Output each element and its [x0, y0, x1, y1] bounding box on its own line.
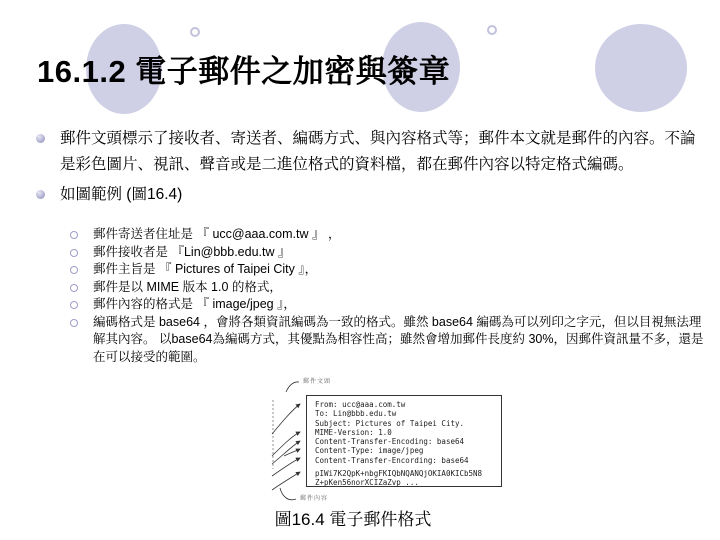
bullet-ring-icon — [70, 266, 78, 274]
sub-bullet-item: 郵件寄送者住址是 『 ucc@aaa.com.tw 』 ， — [70, 226, 706, 244]
email-base64-line: Z+pKen56norXCIZaZvp ... — [315, 478, 498, 487]
sub-bullet-text: 郵件內容的格式是 『 image/jpeg 』， — [93, 296, 296, 314]
email-base64-line: pIWi7K2QpK+nbgFKIQbNQANQjOKIA0KICb5N8 — [315, 469, 498, 478]
bullet-ring-icon — [70, 249, 78, 257]
sub-bullet-text: 編碼格式是 base64 ，會將各類資訊編碼為一致的格式。雖然 base64 編… — [93, 314, 706, 367]
email-line: To: Lin@bbb.edu.tw — [315, 409, 498, 418]
sub-bullet-item: 編碼格式是 base64 ，會將各類資訊編碼為一致的格式。雖然 base64 編… — [70, 314, 706, 367]
arrow-base64-data — [272, 472, 300, 490]
arrow-content-type-line — [284, 449, 300, 456]
bottom-label-curve — [280, 488, 296, 500]
sub-bullet-item: 郵件主旨是 『 Pictures of Taipei City 』， — [70, 261, 706, 279]
decorative-circle-outlined — [190, 27, 200, 37]
email-line: Content-Transfer-Encoding: base64 — [315, 437, 498, 446]
bullet-ring-icon — [70, 284, 78, 292]
sub-bullet-text: 郵件主旨是 『 Pictures of Taipei City 』， — [93, 261, 317, 279]
slide-title: 16.1.2 電子郵件之加密與簽章 — [37, 50, 697, 94]
slide: 16.1.2 電子郵件之加密與簽章 郵件文頭標示了接收者、寄送者、編碼方式、與內… — [0, 0, 720, 540]
bullet-text: 郵件文頭標示了接收者、寄送者、編碼方式、與內容格式等；郵件本文就是郵件的內容。不… — [60, 126, 704, 177]
bullet-list: 郵件文頭標示了接收者、寄送者、編碼方式、與內容格式等；郵件本文就是郵件的內容。不… — [36, 126, 704, 213]
bullet-ball-icon — [36, 190, 45, 199]
email-line: Subject: Pictures of Taipei City. — [315, 419, 498, 428]
figure-bottom-label: 郵件內容 — [300, 496, 328, 502]
bullet-ball-icon — [36, 134, 45, 143]
email-line: From: ucc@aaa.com.tw — [315, 400, 498, 409]
top-label-curve — [286, 382, 299, 392]
email-line: Content-Transfer-Encording: base64 — [315, 456, 498, 465]
decorative-circle-outlined — [487, 25, 497, 35]
bullet-text: 如圖範例 (圖16.4) — [60, 182, 182, 208]
sub-bullet-item: 郵件內容的格式是 『 image/jpeg 』， — [70, 296, 706, 314]
sub-bullet-text: 郵件是以 MIME 版本 1.0 的格式， — [93, 279, 282, 297]
sub-bullet-item: 郵件接收者是 『Lin@bbb.edu.tw 』 — [70, 244, 706, 262]
sub-bullet-list: 郵件寄送者住址是 『 ucc@aaa.com.tw 』 ， 郵件接收者是 『Li… — [70, 226, 706, 366]
email-line: Content-Type: image/jpeg — [315, 446, 498, 455]
sub-bullet-item: 郵件是以 MIME 版本 1.0 的格式， — [70, 279, 706, 297]
email-line: MIME-Version: 1.0 — [315, 428, 498, 437]
sub-bullet-text: 郵件接收者是 『Lin@bbb.edu.tw 』 — [93, 244, 290, 262]
figure-top-label: 郵件文頭 — [303, 379, 331, 385]
bullet-item: 如圖範例 (圖16.4) — [36, 182, 704, 208]
email-headers-box: From: ucc@aaa.com.tw To: Lin@bbb.edu.tw … — [306, 395, 502, 487]
sub-bullet-text: 郵件寄送者住址是 『 ucc@aaa.com.tw 』 ， — [93, 226, 340, 244]
bullet-ring-icon — [70, 319, 78, 327]
figure-caption: 圖16.4 電子郵件格式 — [225, 509, 481, 531]
bullet-ring-icon — [70, 301, 78, 309]
bullet-item: 郵件文頭標示了接收者、寄送者、編碼方式、與內容格式等；郵件本文就是郵件的內容。不… — [36, 126, 704, 177]
email-format-figure: 郵件文頭 From: ucc@aaa.com.tw To: Lin@bbb.ed… — [270, 372, 535, 507]
arrow-from-line — [272, 404, 300, 434]
bullet-ring-icon — [70, 231, 78, 239]
